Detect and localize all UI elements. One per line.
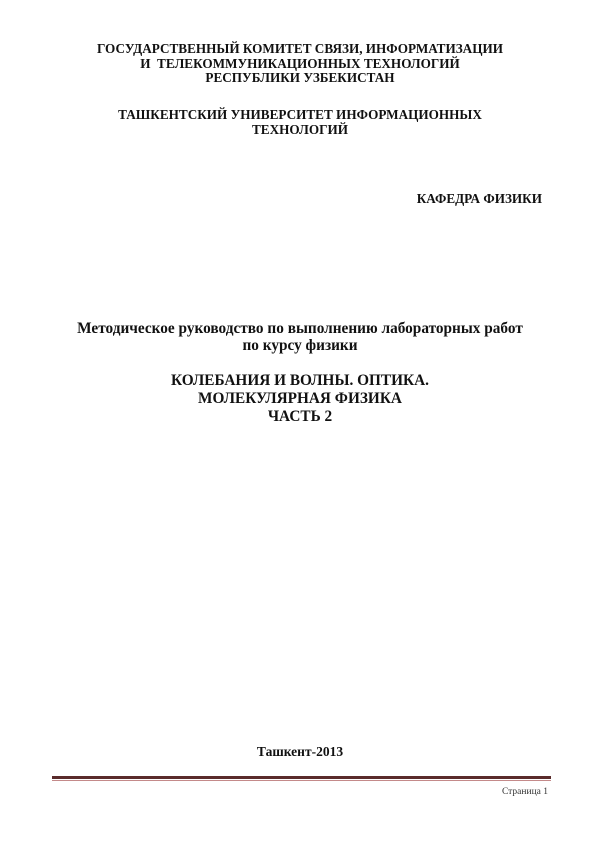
university-line-2: ТЕХНОЛОГИЙ xyxy=(0,123,600,138)
document-title: КОЛЕБАНИЯ И ВОЛНЫ. ОПТИКА. МОЛЕКУЛЯРНАЯ … xyxy=(0,372,600,426)
department-name: КАФЕДРА ФИЗИКИ xyxy=(417,191,542,206)
subtitle-line-1: Методическое руководство по выполнению л… xyxy=(0,320,600,337)
title-line-1: КОЛЕБАНИЯ И ВОЛНЫ. ОПТИКА. xyxy=(0,372,600,390)
footer-divider-accent xyxy=(52,780,551,781)
document-subtitle: Методическое руководство по выполнению л… xyxy=(0,320,600,354)
university-line-1: ТАШКЕНТСКИЙ УНИВЕРСИТЕТ ИНФОРМАЦИОННЫХ xyxy=(0,108,600,123)
organization-line-3: РЕСПУБЛИКИ УЗБЕКИСТАН xyxy=(0,71,600,86)
city-year: Ташкент-2013 xyxy=(0,744,600,760)
university-name: ТАШКЕНТСКИЙ УНИВЕРСИТЕТ ИНФОРМАЦИОННЫХ Т… xyxy=(0,108,600,137)
organization-header: ГОСУДАРСТВЕННЫЙ КОМИТЕТ СВЯЗИ, ИНФОРМАТИ… xyxy=(0,42,600,86)
title-line-3: ЧАСТЬ 2 xyxy=(0,408,600,426)
organization-line-2: И ТЕЛЕКОММУНИКАЦИОННЫХ ТЕХНОЛОГИЙ xyxy=(0,57,600,72)
page-number: Страница 1 xyxy=(502,786,548,798)
title-line-2: МОЛЕКУЛЯРНАЯ ФИЗИКА xyxy=(0,390,600,408)
organization-line-1: ГОСУДАРСТВЕННЫЙ КОМИТЕТ СВЯЗИ, ИНФОРМАТИ… xyxy=(0,42,600,57)
subtitle-line-2: по курсу физики xyxy=(0,337,600,354)
footer-divider xyxy=(52,776,551,779)
document-page: ГОСУДАРСТВЕННЫЙ КОМИТЕТ СВЯЗИ, ИНФОРМАТИ… xyxy=(0,0,600,850)
